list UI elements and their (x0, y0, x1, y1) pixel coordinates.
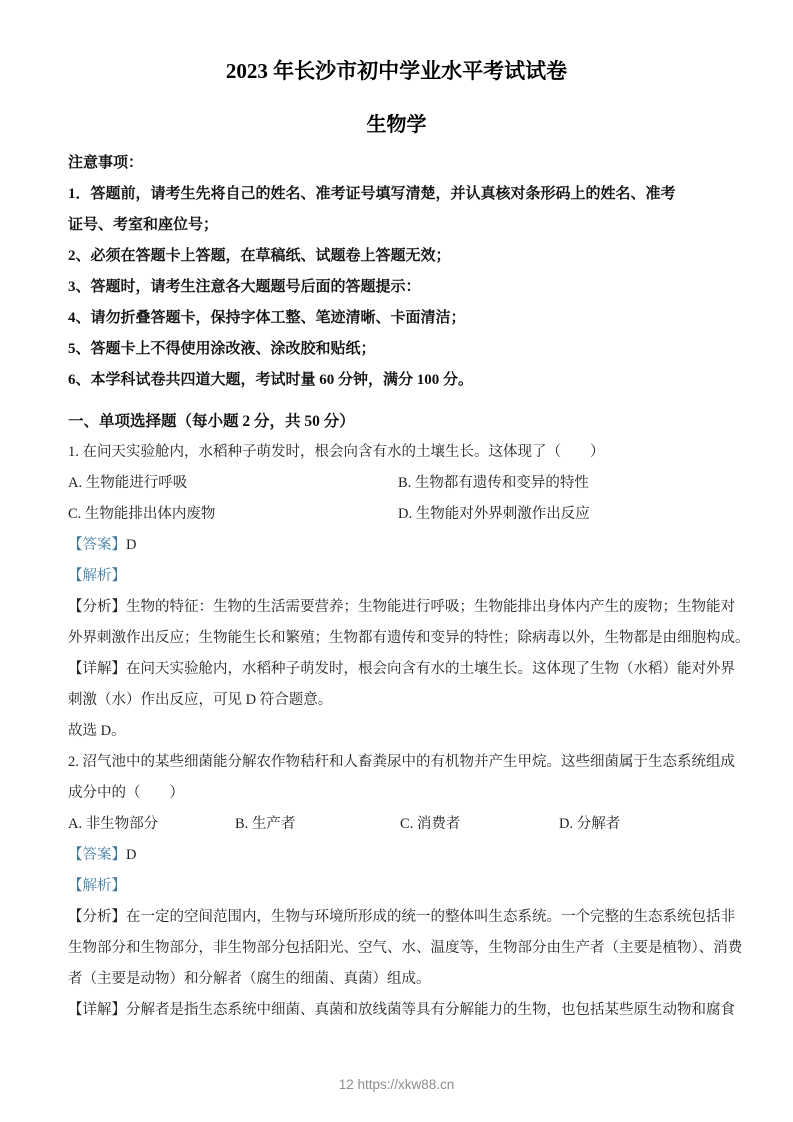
question-1-options-row-2: C. 生物能排出体内废物D. 生物能对外界刺激作出反应 (68, 499, 727, 530)
question-1-analysis-line-2: 外界刺激作出反应；生物能生长和繁殖；生物都有遗传和变异的特性；除病毒以外，生物都… (68, 623, 727, 654)
option-d: D. 生物能对外界刺激作出反应 (398, 499, 590, 530)
exam-paper-page: 2023 年长沙市初中学业水平考试试卷 生物学 注意事项：1．答题前，请考生先将… (0, 0, 793, 1122)
answer-label: 【答案】 (68, 847, 126, 863)
notice-4: 4、请勿折叠答题卡，保持字体工整、笔迹清晰、卡面清洁； (68, 303, 727, 334)
notice-heading: 注意事项： (68, 148, 727, 179)
explanation-label: 【解析】 (68, 568, 126, 584)
notice-2: 2、必须在答题卡上答题，在草稿纸、试题卷上答题无效； (68, 241, 727, 272)
answer-value: D (126, 537, 136, 553)
option-a: A. 非生物部分 (68, 809, 158, 840)
notice-5: 5、答题卡上不得使用涂改液、涂改胶和贴纸； (68, 334, 727, 365)
notice-1-line-2: 证号、考室和座位号； (68, 210, 727, 241)
notice-1-line-1: 1．答题前，请考生先将自己的姓名、准考证号填写清楚，并认真核对条形码上的姓名、准… (68, 179, 727, 210)
question-1-analysis-line-1: 【分析】生物的特征：生物的生活需要营养；生物能进行呼吸；生物能排出身体内产生的废… (68, 592, 727, 623)
exam-subject-title: 生物学 (0, 110, 793, 140)
question-1-text: 1. 在问天实验舱内，水稻种子萌发时，根会向含有水的土壤生长。这体现了（ ） (68, 437, 727, 468)
page-footer: 12 https://xkw88.cn (0, 1077, 793, 1092)
option-b: B. 生产者 (235, 809, 295, 840)
explanation-label: 【解析】 (68, 878, 126, 894)
question-2-analysis-line-3: 者（主要是动物）和分解者（腐生的细菌、真菌）组成。 (68, 964, 727, 995)
question-1-conclusion: 故选 D。 (68, 716, 727, 747)
question-1-explain-marker: 【解析】 (68, 561, 727, 592)
exam-title: 2023 年长沙市初中学业水平考试试卷 (0, 0, 793, 88)
option-b: B. 生物都有遗传和变异的特性 (398, 468, 589, 499)
option-d: D. 分解者 (559, 809, 620, 840)
option-c: C. 生物能排出体内废物 (68, 499, 215, 530)
answer-value: D (126, 847, 136, 863)
notice-6: 6、本学科试卷共四道大题，考试时量 60 分钟，满分 100 分。 (68, 365, 727, 396)
question-1-detail-line-1: 【详解】在问天实验舱内，水稻种子萌发时，根会向含有水的土壤生长。这体现了生物（水… (68, 654, 727, 685)
question-2-options-row: A. 非生物部分B. 生产者C. 消费者D. 分解者 (68, 809, 727, 840)
option-c: C. 消费者 (400, 809, 460, 840)
question-1-answer: 【答案】D (68, 530, 727, 561)
question-2-analysis-line-1: 【分析】在一定的空间范围内，生物与环境所形成的统一的整体叫生态系统。一个完整的生… (68, 902, 727, 933)
question-2-detail-line-1: 【详解】分解者是指生态系统中细菌、真菌和放线菌等具有分解能力的生物，也包括某些原… (68, 995, 727, 1026)
question-1-options-row-1: A. 生物能进行呼吸B. 生物都有遗传和变异的特性 (68, 468, 727, 499)
question-2-text-line-2: 成分中的（ ） (68, 778, 727, 809)
notice-3: 3、答题时，请考生注意各大题题号后面的答题提示： (68, 272, 727, 303)
document-body: 注意事项：1．答题前，请考生先将自己的姓名、准考证号填写清楚，并认真核对条形码上… (68, 148, 727, 1026)
section-1-heading: 一、单项选择题（每小题 2 分，共 50 分） (68, 406, 727, 437)
question-2-answer: 【答案】D (68, 840, 727, 871)
question-2-explain-marker: 【解析】 (68, 871, 727, 902)
answer-label: 【答案】 (68, 537, 126, 553)
question-2-analysis-line-2: 生物部分和生物部分，非生物部分包括阳光、空气、水、温度等，生物部分由生产者（主要… (68, 933, 727, 964)
option-a: A. 生物能进行呼吸 (68, 468, 187, 499)
question-2-text-line-1: 2. 沼气池中的某些细菌能分解农作物秸秆和人畜粪尿中的有机物并产生甲烷。这些细菌… (68, 747, 727, 778)
question-1-detail-line-2: 刺激（水）作出反应，可见 D 符合题意。 (68, 685, 727, 716)
